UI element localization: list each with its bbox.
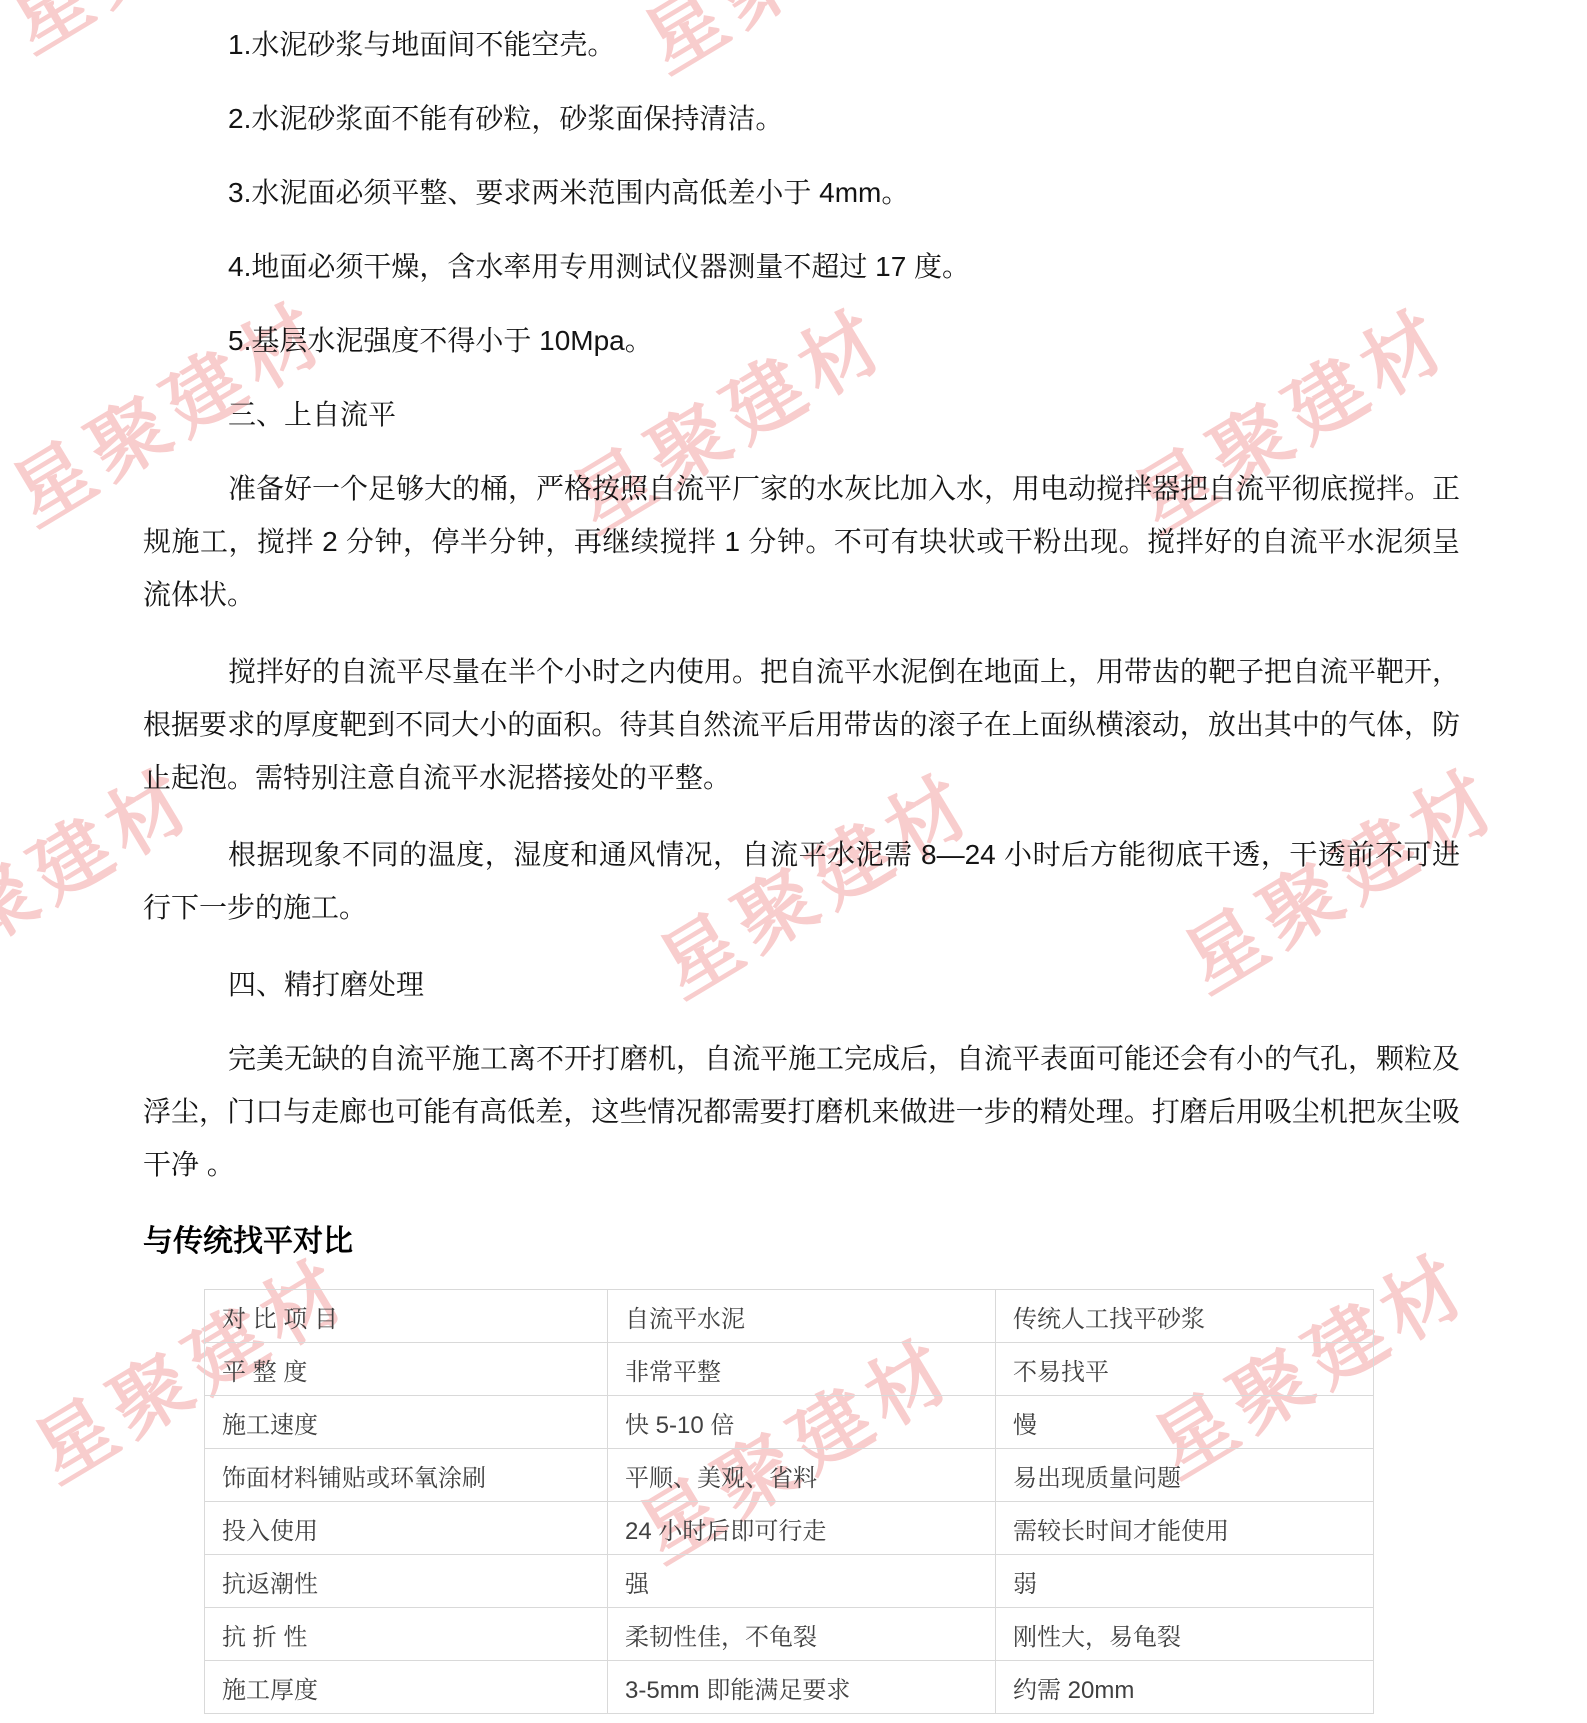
table-row: 平 整 度非常平整不易找平: [205, 1343, 1374, 1396]
table-row: 饰面材料铺贴或环氧涂刷平顺、美观、省料易出现质量问题: [205, 1449, 1374, 1502]
table-header-row: 对 比 项 目自流平水泥传统人工找平砂浆: [205, 1290, 1374, 1343]
table-cell: 需较长时间才能使用: [996, 1502, 1374, 1555]
table-header-cell: 对 比 项 目: [205, 1290, 608, 1343]
comparison-table: 对 比 项 目自流平水泥传统人工找平砂浆平 整 度非常平整不易找平施工速度快 5…: [204, 1289, 1374, 1714]
table-cell: 平 整 度: [205, 1343, 608, 1396]
list-item-4: 4.地面必须干燥，含水率用专用测试仪器测量不超过 17 度。: [143, 240, 1460, 293]
table-cell: 施工厚度: [205, 1661, 608, 1714]
table-header-cell: 自流平水泥: [608, 1290, 996, 1343]
table-row: 施工厚度3-5mm 即能满足要求约需 20mm: [205, 1661, 1374, 1714]
table-cell: 24 小时后即可行走: [608, 1502, 996, 1555]
comparison-table-body: 对 比 项 目自流平水泥传统人工找平砂浆平 整 度非常平整不易找平施工速度快 5…: [205, 1290, 1374, 1714]
list-item-5: 5.基层水泥强度不得小于 10Mpa。: [143, 314, 1460, 367]
table-cell: 抗 折 性: [205, 1608, 608, 1661]
section-3-paragraph-2: 搅拌好的自流平尽量在半个小时之内使用。把自流平水泥倒在地面上，用带齿的靶子把自流…: [143, 645, 1460, 804]
table-row: 抗 折 性柔韧性佳，不龟裂刚性大，易龟裂: [205, 1608, 1374, 1661]
table-cell: 饰面材料铺贴或环氧涂刷: [205, 1449, 608, 1502]
table-cell: 刚性大，易龟裂: [996, 1608, 1374, 1661]
list-item-3: 3.水泥面必须平整、要求两米范围内高低差小于 4mm。: [143, 166, 1460, 219]
table-cell: 快 5-10 倍: [608, 1396, 996, 1449]
table-cell: 慢: [996, 1396, 1374, 1449]
section-3-paragraph-3: 根据现象不同的温度，湿度和通风情况，自流平水泥需 8—24 小时后方能彻底干透，…: [143, 828, 1460, 934]
list-item-1: 1.水泥砂浆与地面间不能空壳。: [143, 18, 1460, 71]
list-item-2: 2.水泥砂浆面不能有砂粒，砂浆面保持清洁。: [143, 92, 1460, 145]
table-cell: 柔韧性佳，不龟裂: [608, 1608, 996, 1661]
section-4-heading: 四、精打磨处理: [143, 958, 1460, 1011]
table-row: 抗返潮性强弱: [205, 1555, 1374, 1608]
document-page: 星聚建材星聚建材星聚建材星聚建材星聚建材星聚建材星聚建材星聚建材星聚建材星聚建材…: [0, 0, 1587, 1723]
table-row: 施工速度快 5-10 倍慢: [205, 1396, 1374, 1449]
table-cell: 抗返潮性: [205, 1555, 608, 1608]
table-cell: 投入使用: [205, 1502, 608, 1555]
table-cell: 强: [608, 1555, 996, 1608]
table-cell: 3-5mm 即能满足要求: [608, 1661, 996, 1714]
comparison-heading: 与传统找平对比: [143, 1215, 1460, 1268]
table-cell: 弱: [996, 1555, 1374, 1608]
table-cell: 平顺、美观、省料: [608, 1449, 996, 1502]
section-3-paragraph-1: 准备好一个足够大的桶，严格按照自流平厂家的水灰比加入水，用电动搅拌器把自流平彻底…: [143, 462, 1460, 621]
table-cell: 施工速度: [205, 1396, 608, 1449]
table-row: 投入使用24 小时后即可行走需较长时间才能使用: [205, 1502, 1374, 1555]
table-cell: 不易找平: [996, 1343, 1374, 1396]
section-4-paragraph-1: 完美无缺的自流平施工离不开打磨机，自流平施工完成后，自流平表面可能还会有小的气孔…: [143, 1032, 1460, 1191]
table-cell: 约需 20mm: [996, 1661, 1374, 1714]
section-3-heading: 三、上自流平: [143, 388, 1460, 441]
table-header-cell: 传统人工找平砂浆: [996, 1290, 1374, 1343]
document-content: 1.水泥砂浆与地面间不能空壳。 2.水泥砂浆面不能有砂粒，砂浆面保持清洁。 3.…: [0, 0, 1587, 1714]
table-cell: 非常平整: [608, 1343, 996, 1396]
table-cell: 易出现质量问题: [996, 1449, 1374, 1502]
